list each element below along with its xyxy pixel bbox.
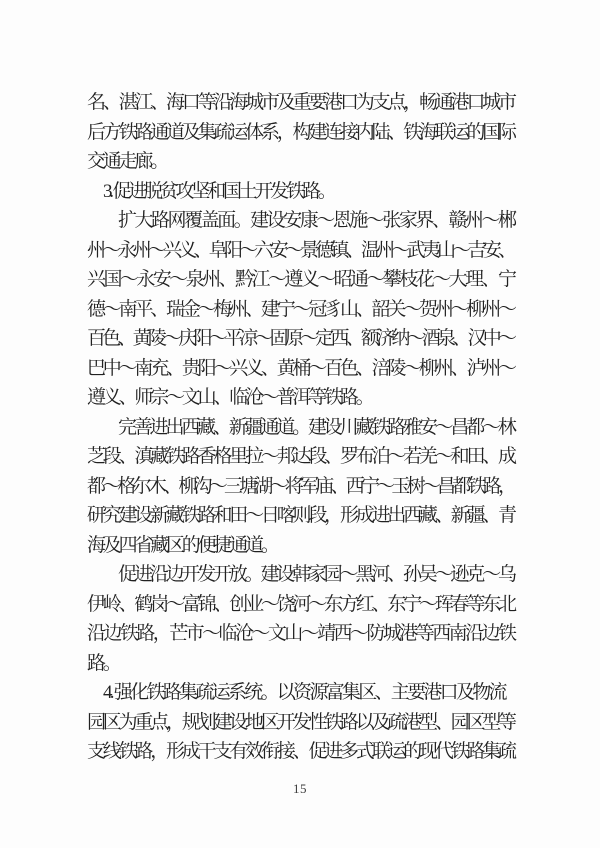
text-line: 名、湛江、海口等沿海城市及重要港口为支点，畅通港口城市 — [87, 88, 517, 118]
text-line: 路。 — [87, 649, 517, 679]
text-line: 德～南平、瑞金～梅州、建宁～冠豸山、韶关～贺州～柳州～ — [87, 295, 517, 325]
text-line: 研究建设新藏铁路和田～日喀则段，形成进出西藏、新疆、青 — [87, 501, 517, 531]
text-line: 交通走廊。 — [87, 147, 517, 177]
text-line: 促进沿边开发开放。建设韩家园～黑河、孙吴～逊克～乌 — [87, 560, 517, 590]
text-line: 完善进出西藏、新疆通道。建设川藏铁路雅安～昌都～林 — [87, 413, 517, 443]
text-line: 州～永州～兴义、阜阳～六安～景德镇、温州～武夷山～吉安、 — [87, 236, 517, 266]
text-line: 巴中～南充、贵阳～兴义、黄桶～百色、涪陵～柳州、泸州～ — [87, 354, 517, 384]
text-line: 沿边铁路，芒市～临沧～文山～靖西～防城港等西南沿边铁 — [87, 619, 517, 649]
text-line: 兴国～永安～泉州、黔江～遵义～昭通～攀枝花～大理、宁 — [87, 265, 517, 295]
text-line: 支线铁路，形成干支有效衔接、促进多式联运的现代铁路集疏 — [87, 737, 517, 767]
text-line: 海及四省藏区的便捷通道。 — [87, 531, 517, 561]
text-line: 4. 强化铁路集疏运系统。以资源富集区、主要港口及物流 — [87, 678, 517, 708]
text-line: 遵义、师宗～文山、临沧～普洱等铁路。 — [87, 383, 517, 413]
page-number: 15 — [0, 781, 600, 797]
text-line: 都～格尔木、柳沟～三塘湖～将军庙、西宁～玉树～昌都铁路， — [87, 472, 517, 502]
document-text: 名、湛江、海口等沿海城市及重要港口为支点，畅通港口城市后方铁路通道及集疏运体系，… — [87, 88, 517, 767]
text-line: 后方铁路通道及集疏运体系，构建连接内陆、铁海联运的国际 — [87, 118, 517, 148]
text-line: 百色、黄陵～庆阳～平凉～固原～定西、额济纳～酒泉、汉中～ — [87, 324, 517, 354]
document-page: 名、湛江、海口等沿海城市及重要港口为支点，畅通港口城市后方铁路通道及集疏运体系，… — [0, 0, 600, 848]
text-line: 3. 促进脱贫攻坚和国土开发铁路。 — [87, 177, 517, 207]
text-line: 伊岭、鹤岗～富锦、创业～饶河～东方红、东宁～珲春等东北 — [87, 590, 517, 620]
text-line: 芝段、滇藏铁路香格里拉～邦达段、罗布泊～若羌～和田、成 — [87, 442, 517, 472]
text-line: 园区为重点，规划建设地区开发性铁路以及疏港型、园区型等 — [87, 708, 517, 738]
text-line: 扩大路网覆盖面。建设安康～恩施～张家界、赣州～郴 — [87, 206, 517, 236]
